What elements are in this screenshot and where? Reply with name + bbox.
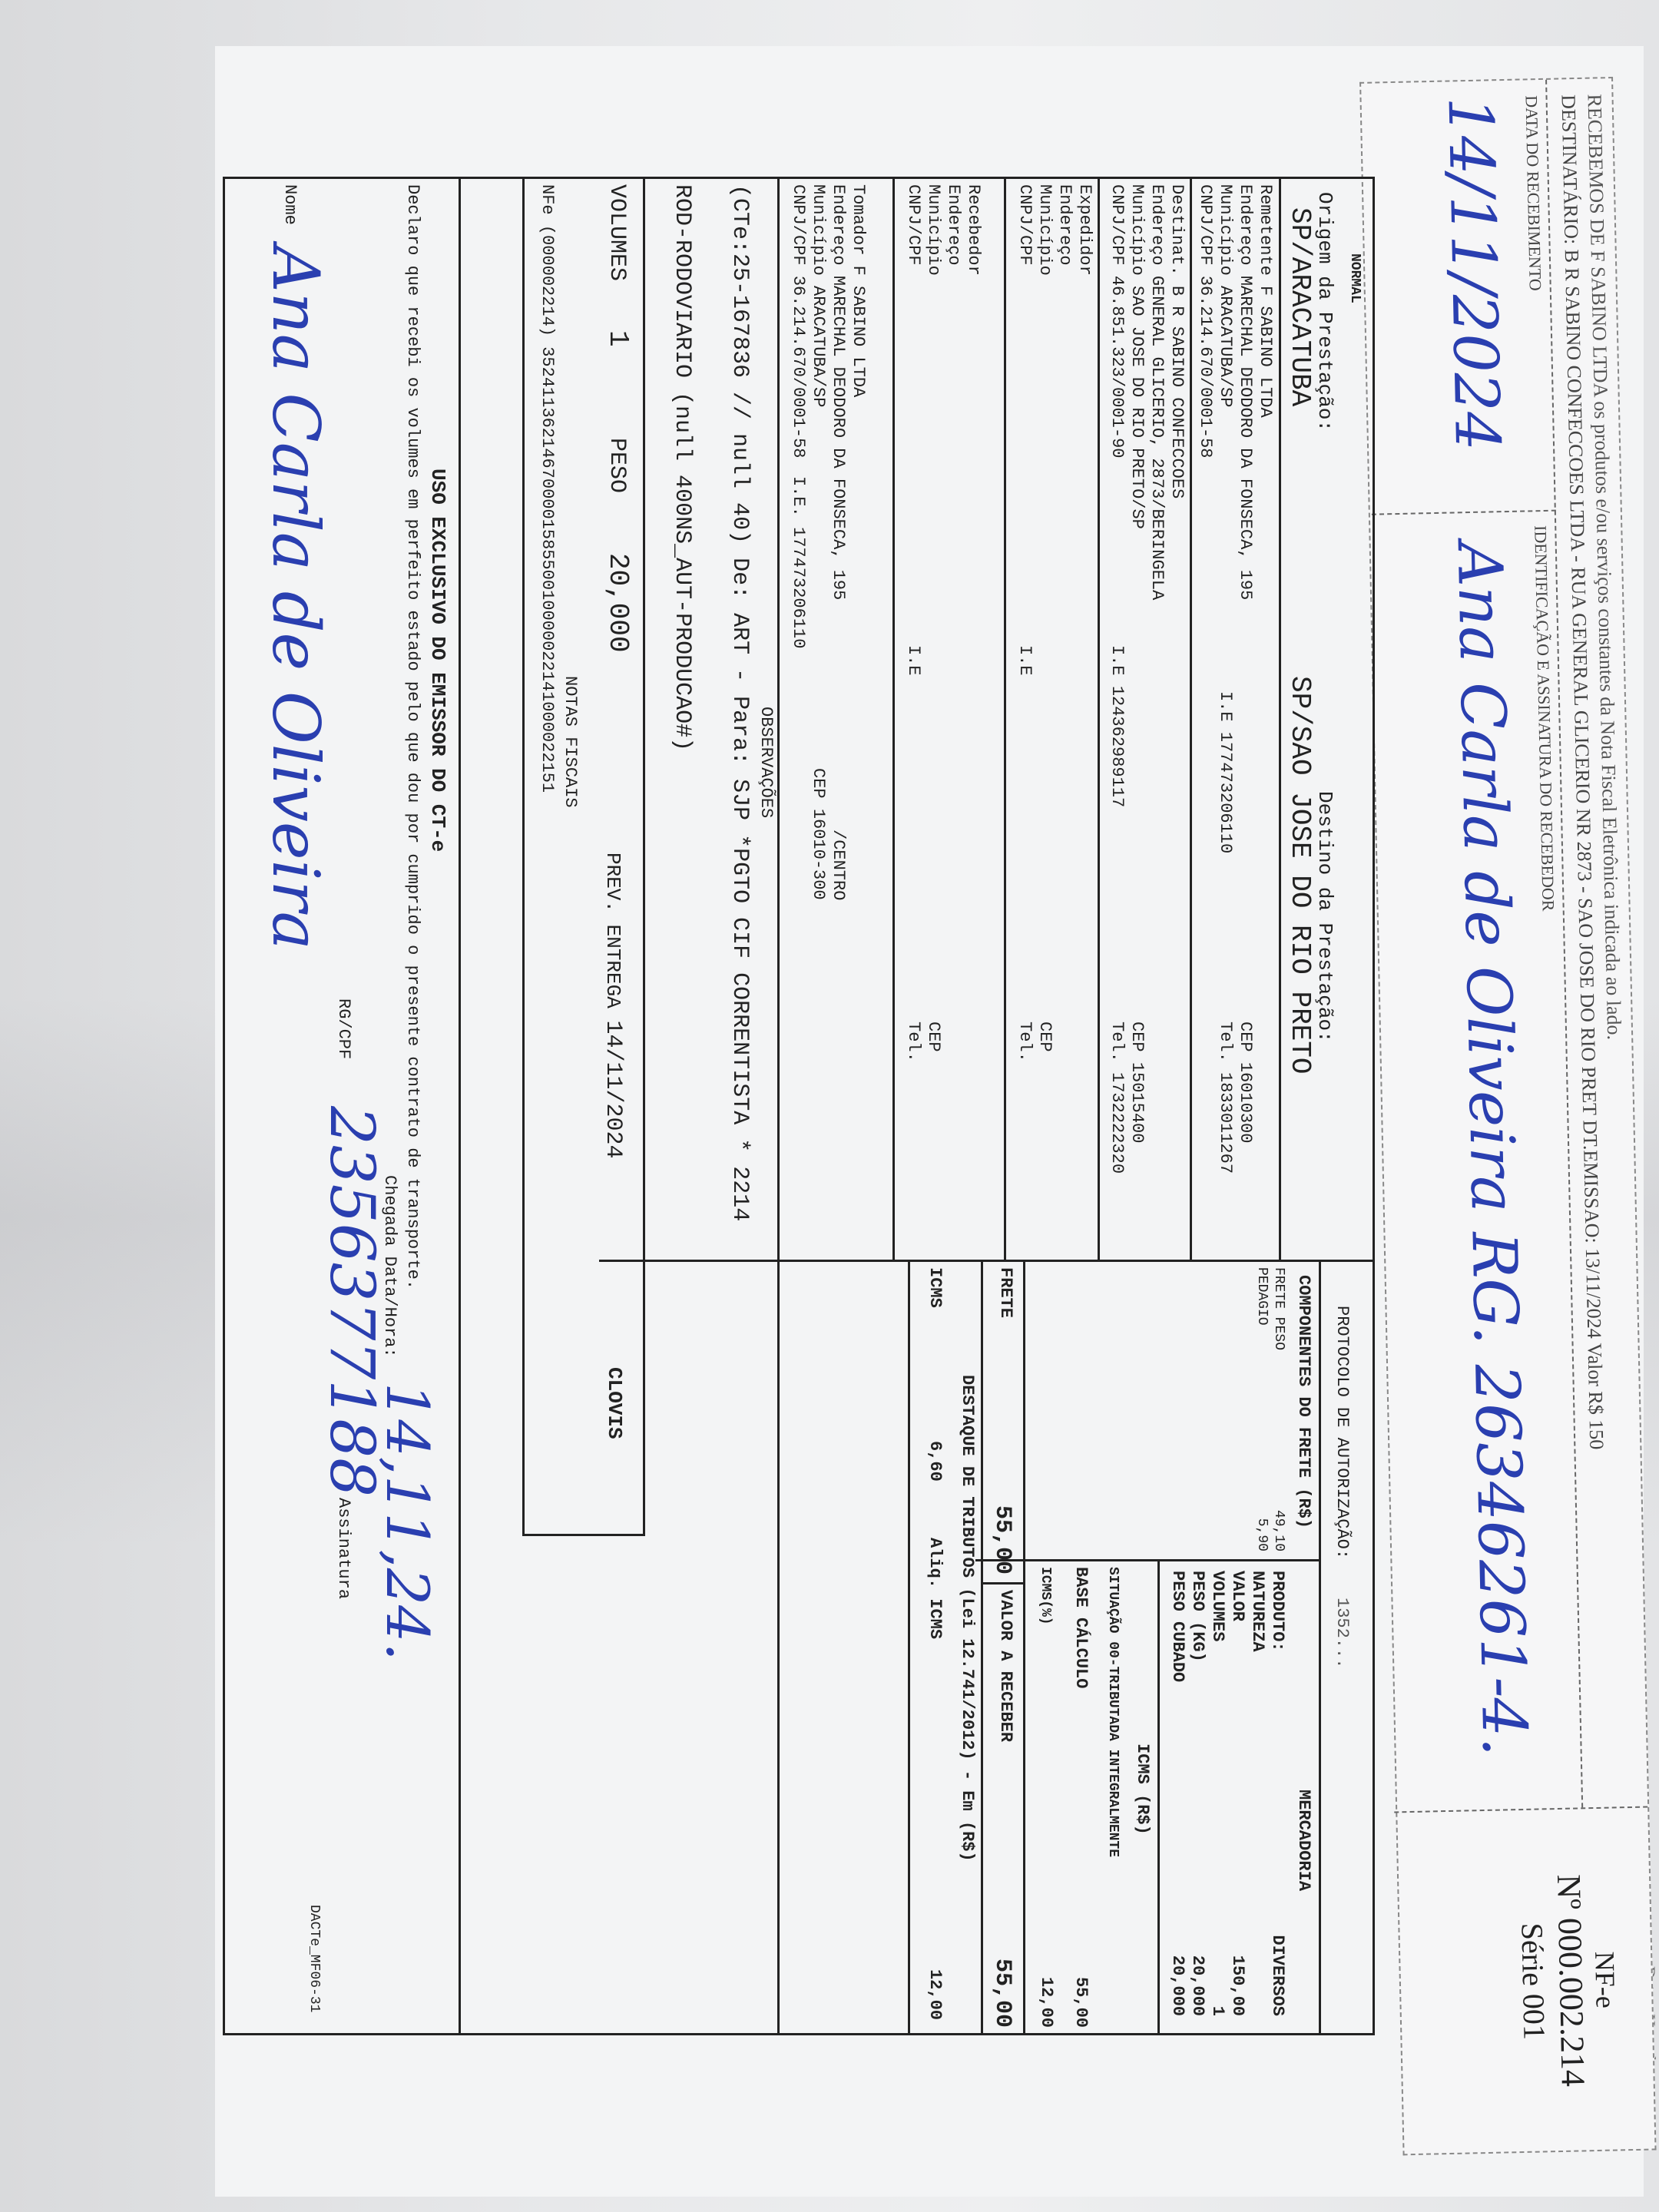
icms-base-label: BASE CÁLCULO — [1071, 1567, 1091, 1688]
protocolo-label: PROTOCOLO DE AUTORIZAÇÃO: — [1332, 1306, 1352, 1559]
mercadoria-value: 150,00 — [1227, 1955, 1247, 2016]
receipt-stub: RECEBEMOS DE F SABINO LTDA os produtos e… — [1359, 77, 1656, 2155]
assinatura-label: Assinatura — [333, 1498, 353, 1599]
stub-nfe-divider — [1394, 1806, 1647, 1813]
tel-label: Tel. — [1108, 1022, 1127, 1062]
mercadoria-table: PRODUTO:DIVERSOS NATUREZA VALOR150,00 VO… — [1167, 1571, 1287, 2016]
destinatario-block: Destinat. B R SABINO CONFECCOES Endereço… — [1107, 184, 1187, 600]
cep-value: 16010300 — [1236, 1062, 1255, 1144]
tributos-aliq-label: Aliq. ICMS — [926, 1538, 945, 1639]
divider — [1190, 177, 1192, 1260]
icms-base: BASE CÁLCULO55,00 — [1071, 1567, 1091, 2028]
destinatario-cep: CEP 15015400 — [1127, 1022, 1147, 1143]
endereco-label: Endereço — [829, 184, 848, 266]
ie-label: I.E. — [789, 476, 808, 517]
expedidor-cep: CEP — [1035, 1022, 1055, 1052]
destino-label: Destino da Prestação: — [1313, 791, 1336, 1043]
componente-label: FRETE PESO — [1271, 1267, 1286, 1350]
mercadoria-row: NATUREZA — [1247, 1571, 1267, 2016]
mercadoria-label: PRODUTO: — [1268, 1571, 1287, 1652]
cnpj-label: CNPJ/CPF — [1108, 184, 1127, 266]
destino-value: SP/SAO JOSE DO RIO PRETO — [1284, 676, 1315, 1074]
remetente-endereco: MARECHAL DEODORO DA FONSECA, 195 — [1236, 276, 1255, 600]
prev-entrega-value: 14/11/2024 — [600, 1020, 626, 1158]
componente-item: PEDAGIO5,90 — [1253, 1267, 1270, 1551]
destinatario-label: Destinat. — [1167, 184, 1187, 276]
recebedor-block: Recebedor Endereço Município CNPJ/CPF — [903, 184, 983, 276]
remetente-block: Remetente F SABINO LTDA Endereço MARECHA… — [1195, 184, 1275, 600]
remetente-tel: Tel. 1833011267 — [1215, 1022, 1235, 1174]
componentes-list: FRETE PESO49,10 PEDAGIO5,90 — [1253, 1267, 1287, 1551]
prev-entrega-label: PREV. ENTREGA — [601, 853, 624, 1008]
divider — [1319, 1260, 1321, 2035]
destinatario-endereco: GENERAL GLICERIO, 2873/BERINGELA — [1147, 276, 1167, 600]
form-code: DACTe_MF06-31 — [306, 1905, 323, 2012]
cep-value: 15015400 — [1128, 1062, 1147, 1144]
tributos-row: ICMS 6,60 Aliq. ICMS 12,00 — [925, 1267, 945, 2020]
cep-label: CEP — [809, 768, 828, 799]
declaracao: Declaro que recebi os volumes em perfeit… — [402, 184, 422, 1290]
tel-label: Tel. — [1216, 1022, 1235, 1062]
nfe-series: Série 001 — [1511, 1816, 1555, 2147]
icms-aliq-label: ICMS(%) — [1038, 1567, 1053, 1625]
tributos-title: DESTAQUE DE TRIBUTOS (Lei 12.741/2012) -… — [957, 1375, 977, 1862]
ie-value: 177473206110 — [789, 527, 808, 648]
mercadoria-label: NATUREZA — [1248, 1571, 1267, 1652]
ie-label: I.E — [1108, 645, 1127, 676]
dacte-document: Data e Hora de Emissão RECEBEMOS DE F SA… — [0, 0, 1659, 2212]
origem-label: Origem da Prestação: — [1313, 192, 1336, 432]
tomador-bairro: /CENTRO — [828, 829, 848, 900]
divider — [1098, 177, 1100, 1260]
mercadoria-value: DIVERSOS — [1267, 1935, 1287, 2016]
componentes-title: COMPONENTES DO FRETE (R$) — [1293, 1275, 1313, 1528]
ie-label: I.E — [1216, 691, 1235, 722]
remetente-nome: F SABINO LTDA — [1256, 286, 1275, 418]
valor-receber-label: VALOR A RECEBER — [996, 1590, 1015, 1742]
destinatario-municipio: SAO JOSE DO RIO PRETO/SP — [1128, 286, 1147, 529]
cnpj-label: CNPJ/CPF — [1015, 184, 1035, 276]
componente-value: 5,90 — [1253, 1518, 1270, 1551]
mercadoria-label: PESO (KG) — [1188, 1571, 1207, 1662]
valor-receber-row: VALOR A RECEBER55,00 — [989, 1590, 1015, 2028]
date-received-handwritten: 14/11/2024 — [1435, 96, 1512, 452]
cep-label: CEP — [1128, 1022, 1147, 1052]
cnpj-label: CNPJ/CPF — [903, 184, 923, 276]
rg-label: RG/CPF — [333, 998, 353, 1059]
endereco-label: Endereço — [1236, 184, 1255, 266]
cnpj-label: CNPJ/CPF — [789, 184, 808, 266]
municipio-label: Município — [923, 184, 943, 276]
tel-value: 1732222320 — [1108, 1072, 1127, 1174]
uso-exclusivo: USO EXCLUSIVO DO EMISSOR DO CT-e — [426, 469, 449, 852]
mercadoria-row: VOLUMES1 — [1207, 1571, 1227, 2016]
componente-item: FRETE PESO49,10 — [1270, 1267, 1287, 1551]
observacoes-title: OBSERVAÇÕES — [756, 707, 776, 818]
notas-fiscais-line: NFe (000002214) 352411362146700001585500… — [537, 184, 557, 793]
mercadoria-row: VALOR150,00 — [1227, 1571, 1247, 2016]
expedidor-block: Expedidor Endereço Município CNPJ/CPF — [1015, 184, 1094, 276]
tel-value: 1833011267 — [1216, 1072, 1235, 1174]
recebedor-tel: Tel. — [903, 1022, 923, 1062]
destinatario-cnpj: 46.851.323/0001-90 — [1108, 276, 1127, 459]
date-received-label: DATA DO RECEBIMENTO — [1521, 95, 1545, 291]
icms-aliq: ICMS(%)12,00 — [1036, 1567, 1056, 2028]
prev-entrega: PREV. ENTREGA 14/11/2024 — [600, 853, 626, 1158]
endereco-label: Endereço — [1055, 184, 1075, 276]
icms-title: ICMS (R$) — [1132, 1743, 1152, 1835]
tributos-icms-label: ICMS — [926, 1267, 945, 1308]
divider — [981, 1260, 983, 2035]
divider — [459, 177, 461, 2035]
expedidor-ie: I.E — [1015, 645, 1035, 676]
tomador-endereco: MARECHAL DEODORO DA FONSECA, 195 — [829, 276, 848, 600]
recebedor-cep: CEP — [923, 1022, 943, 1052]
destinatario-nome: B R SABINO CONFECCOES — [1167, 286, 1187, 498]
tributos-aliq-value: 12,00 — [925, 1969, 945, 2020]
divider — [1023, 1260, 1025, 2035]
tomador-cnpj: 36.214.670/0001-58 — [789, 276, 808, 459]
mercadoria-value: 20,000 — [1187, 1955, 1207, 2016]
tomador-cep: CEP 16010-300 — [808, 768, 828, 900]
cep-value: 16010-300 — [809, 809, 828, 900]
nfe-box: NF-e Nº 000.002.214 Série 001 — [1511, 1814, 1624, 2147]
recebedor-label: Recebedor — [963, 184, 983, 276]
mercadoria-value: 1 — [1207, 2006, 1227, 2016]
volumes-value: 1 — [602, 330, 633, 347]
frete-row: FRETE55,00 — [989, 1267, 1015, 1575]
destinatario-ie: I.E 124362989117 — [1107, 645, 1127, 807]
remetente-ie: I.E 177473206110 — [1215, 691, 1235, 853]
frete-value: 55,00 — [989, 1505, 1015, 1575]
tomador-label: Tomador — [849, 184, 868, 255]
mercadoria-row: PESO CUBADO20,000 — [1167, 1571, 1187, 2016]
tomador-nome: F SABINO LTDA — [849, 266, 868, 398]
observacoes-text: (CTe:25-167836 // null 40) De: ART - Par… — [727, 184, 753, 1221]
mercadoria-value: 20,000 — [1167, 1955, 1187, 2016]
peso-value: 20,000 — [602, 553, 633, 653]
frete-label: FRETE — [996, 1267, 1015, 1318]
municipio-label: Município — [1128, 184, 1147, 276]
receiver-id-label: IDENTIFICAÇÃO E ASSINATURA DO RECEBEDOR — [1530, 525, 1558, 912]
divider — [1279, 177, 1281, 1260]
divider — [1004, 177, 1006, 1260]
nome-label: Nome — [280, 184, 300, 225]
icms-base-value: 55,00 — [1071, 1977, 1091, 2028]
nfe-number: Nº 000.002.214 — [1548, 1815, 1593, 2146]
destinatario-tel: Tel. 1732222320 — [1107, 1022, 1127, 1174]
mercadoria-label: PESO CUBADO — [1168, 1571, 1187, 1682]
volumes-label: VOLUMES — [604, 184, 630, 281]
mercadoria-row: PRODUTO:DIVERSOS — [1267, 1571, 1287, 2016]
tributos-icms-value: 6,60 — [926, 1441, 945, 1482]
recebedor-ie: I.E — [903, 645, 923, 676]
valor-receber-value: 55,00 — [989, 1959, 1015, 2028]
municipio-label: Município — [809, 184, 828, 276]
rg-handwritten: 2356377188 — [320, 1106, 384, 1497]
icms-situacao: SITUAÇÃO 00-TRIBUTADA INTEGRALMENTE — [1104, 1567, 1121, 1857]
divider — [1157, 1559, 1160, 2035]
peso-label: PESO — [604, 438, 630, 493]
origem-value: SP/ARACATUBA — [1284, 207, 1315, 406]
expedidor-label: Expedidor — [1075, 184, 1094, 276]
divider — [983, 1582, 1025, 1584]
municipio-label: Município — [1035, 184, 1055, 276]
remetente-municipio: ARACATUBA/SP — [1216, 286, 1235, 407]
cte-type: NORMAL — [1346, 253, 1363, 303]
motorista: CLOVIS — [603, 1367, 626, 1439]
mercadoria-title: MERCADORIA — [1293, 1790, 1313, 1891]
nome-handwritten: Ana Carla de Oliveira — [261, 246, 330, 950]
tomador-ie: I.E. 177473206110 — [788, 476, 808, 648]
receiver-id-handwritten: Ana Carla de Oliveira RG. 26346261-4. — [1445, 541, 1539, 1757]
ie-value: 124362989117 — [1108, 686, 1127, 807]
expedidor-tel: Tel. — [1015, 1022, 1035, 1062]
componente-label: PEDAGIO — [1254, 1267, 1270, 1326]
tomador-municipio: ARACATUBA/SP — [809, 286, 828, 407]
stub-col-divider — [1372, 510, 1556, 515]
protocolo-value: 1352... — [1332, 1598, 1352, 1668]
icms-aliq-value: 12,00 — [1036, 1977, 1056, 2028]
divider — [975, 1559, 1321, 1561]
componente-value: 49,10 — [1270, 1510, 1287, 1551]
mercadoria-row: PESO (KG)20,000 — [1187, 1571, 1207, 2016]
col-divider — [599, 1260, 1375, 1262]
remetente-cnpj: 36.214.670/0001-58 — [1196, 276, 1215, 459]
cep-label: CEP — [1236, 1022, 1255, 1052]
divider — [777, 177, 780, 2035]
endereco-label: Endereço — [943, 184, 963, 276]
ie-value: 177473206110 — [1216, 732, 1235, 853]
mercadoria-label: VOLUMES — [1208, 1571, 1227, 1641]
notas-fiscais-title: NOTAS FISCAIS — [560, 676, 580, 808]
municipio-label: Município — [1216, 184, 1235, 276]
endereco-label: Endereço — [1147, 184, 1167, 266]
mercadoria-label: VALOR — [1228, 1571, 1247, 1621]
modal-text: ROD-RODOVIARIO (null 400NS_AUT-PRODUCAO#… — [669, 184, 695, 751]
divider — [892, 177, 895, 1260]
cnpj-label: CNPJ/CPF — [1196, 184, 1215, 266]
remetente-label: Remetente — [1256, 184, 1275, 276]
remetente-cep: CEP 16010300 — [1235, 1022, 1255, 1143]
divider — [908, 1260, 910, 2035]
